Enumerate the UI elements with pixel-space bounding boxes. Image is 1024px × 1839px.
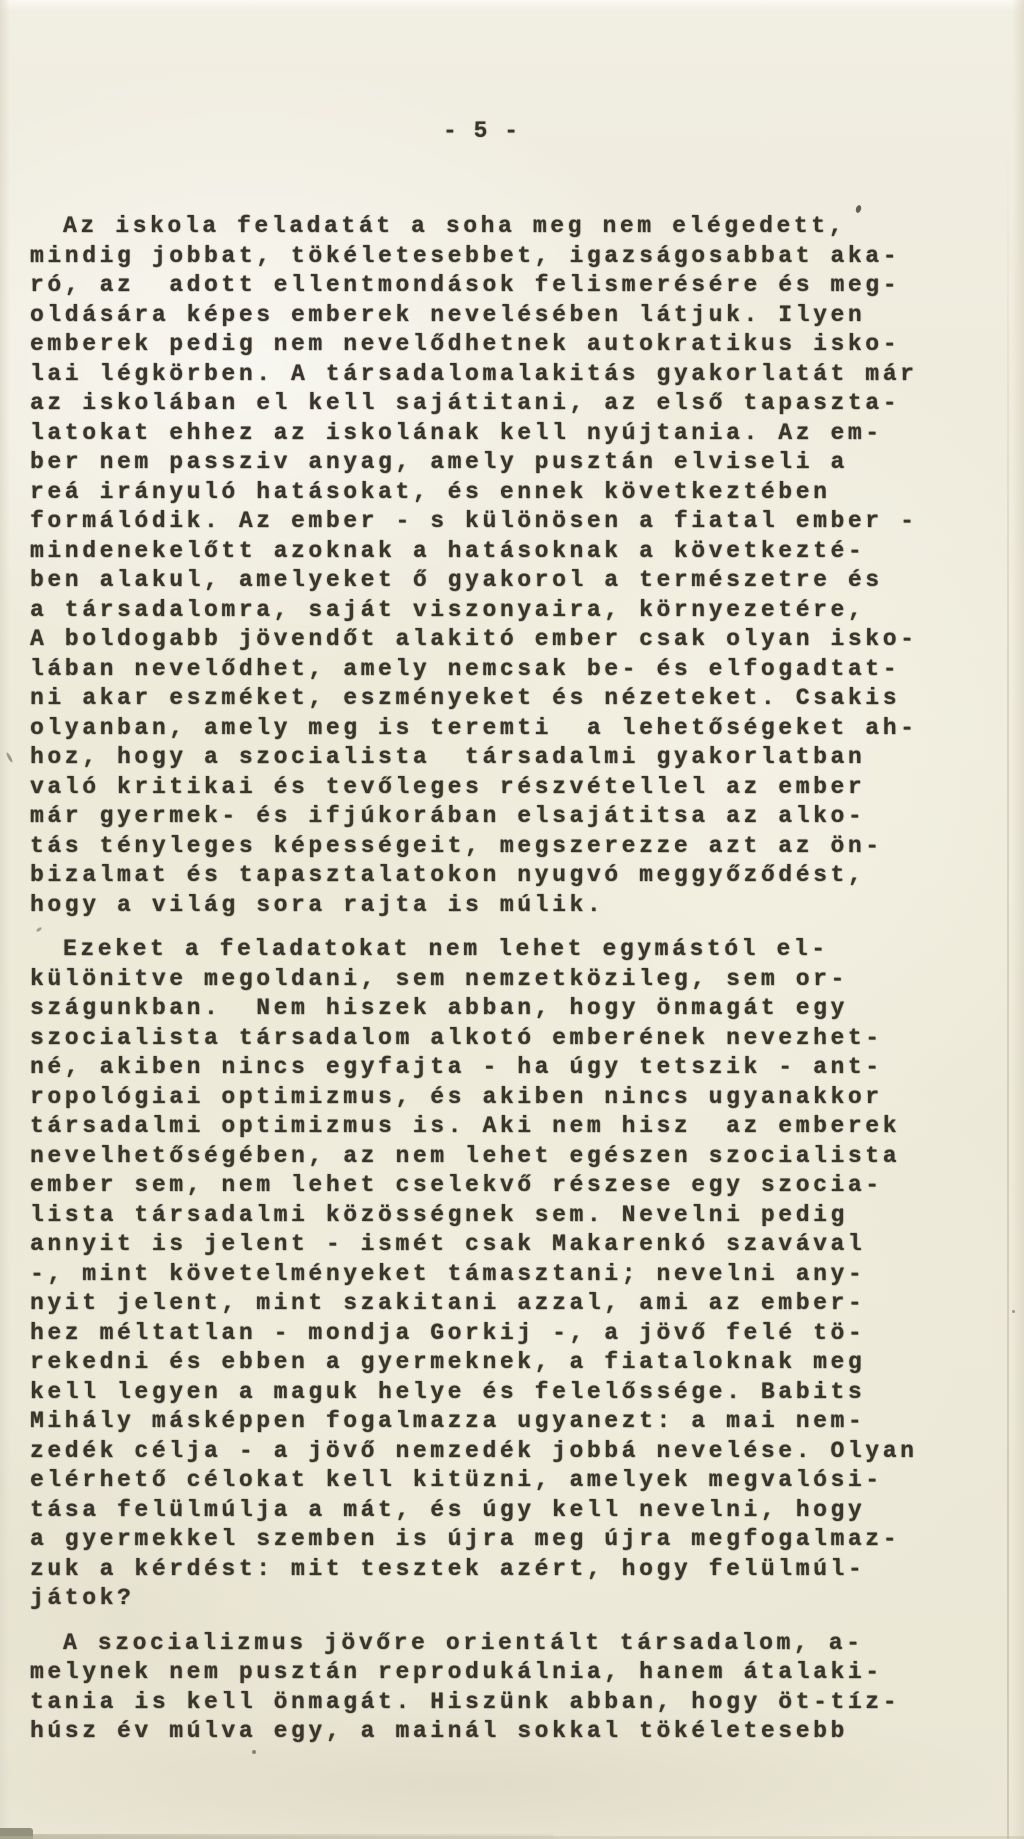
text-line: ben alakul, amelyeket ő gyakorol a termé… [30,566,995,596]
text-line: ember sem, nem lehet cselekvő részese eg… [30,1171,995,1201]
text-line: melynek nem pusztán reprodukálnia, hanem… [30,1658,995,1688]
text-line: rekedni és ebben a gyermeknek, a fiatalo… [30,1348,995,1378]
text-line: hoz, hogy a szocialista társadalmi gyako… [30,743,995,773]
text-line: lista társadalmi közösségnek sem. Neveln… [30,1201,995,1231]
text-line: ró, az adott ellentmondások felismerésér… [30,271,995,301]
text-line: az iskolában el kell sajátitani, az első… [30,389,995,419]
text-line: mindig jobbat, tökéletesebbet, igazságos… [30,242,995,272]
text-line: tania is kell önmagát. Hiszünk abban, ho… [30,1688,995,1718]
text-line: oldására képes emberek nevelésében látju… [30,301,995,331]
text-line: szocialista társadalom alkotó emberének … [30,1024,995,1054]
scan-edge-top [0,0,1024,12]
text-line: bizalmat és tapasztalatokon nyugvó meggy… [30,861,995,891]
scanned-page: - 5 - Az iskola feladatát a soha meg nem… [0,0,1024,1839]
text-line: A boldogabb jövendőt alakitó ember csak … [30,625,995,655]
scan-edge-right [1012,0,1024,1839]
text-line: különitve megoldani, sem nemzetközileg, … [30,965,995,995]
text-line: szágunkban. Nem hiszek abban, hogy önmag… [30,994,995,1024]
text-line: lai légkörben. A társadalomalakitás gyak… [30,360,995,390]
text-line: Ezeket a feladatokat nem lehet egymástól… [30,935,995,965]
text-line: már gyermek- és ifjúkorában elsajátitsa … [30,802,995,832]
text-line: nevelhetőségében, az nem lehet egészen s… [30,1142,995,1172]
scan-edge-left [0,0,10,1839]
text-line: zuk a kérdést: mit tesztek azért, hogy f… [30,1555,995,1585]
paragraph: Ezeket a feladatokat nem lehet egymástól… [30,935,995,1614]
text-line: hez méltatlan - mondja Gorkij -, a jövő … [30,1319,995,1349]
text-line: A szocializmus jövőre orientált társadal… [30,1629,995,1659]
text-line: való kritikai és tevőleges részvétellel … [30,773,995,803]
text-line: ni akar eszméket, eszményeket és nézetek… [30,684,995,714]
text-line: emberek pedig nem nevelődhetnek autokrat… [30,330,995,360]
text-line: tása felülmúlja a mát, és úgy kell nevel… [30,1496,995,1526]
text-line: ropológiai optimizmus, és akiben nincs u… [30,1083,995,1113]
text-line: lában nevelődhet, amely nemcsak be- és e… [30,655,995,685]
text-line: Mihály másképpen fogalmazza ugyanezt: a … [30,1407,995,1437]
text-line: formálódik. Az ember - s különösen a fia… [30,507,995,537]
scan-speck [252,1750,256,1754]
text-line: reá irányuló hatásokat, és ennek követke… [30,478,995,508]
text-line: olyanban, amely meg is teremti a lehetős… [30,714,995,744]
text-line: kell legyen a maguk helye és felelőssége… [30,1378,995,1408]
scan-speck [1012,1310,1015,1313]
text-line: latokat ehhez az iskolának kell nyújtani… [30,419,995,449]
text-line: játok? [30,1584,995,1614]
text-line: a gyermekkel szemben is újra meg újra me… [30,1525,995,1555]
text-line: zedék célja - a jövő nemzedék jobbá neve… [30,1437,995,1467]
page-body: Az iskola feladatát a soha meg nem elége… [30,212,995,1762]
text-line: hogy a világ sora rajta is múlik. [30,891,995,921]
text-line: ber nem passziv anyag, amely pusztán elv… [30,448,995,478]
paragraph: Az iskola feladatát a soha meg nem elége… [30,212,995,920]
text-line: mindenekelőtt azoknak a hatásoknak a köv… [30,537,995,567]
paragraph: A szocializmus jövőre orientált társadal… [30,1629,995,1747]
text-line: né, akiben nincs egyfajta - ha úgy tetsz… [30,1053,995,1083]
text-line: nyit jelent, mint szakitani azzal, ami a… [30,1289,995,1319]
text-line: húsz év múlva egy, a mainál sokkal tökél… [30,1717,995,1747]
text-line: annyit is jelent - ismét csak Makarenkó … [30,1230,995,1260]
text-line: elérhető célokat kell kitüzni, amelyek m… [30,1466,995,1496]
text-line: tás tényleges képességeit, megszerezze a… [30,832,995,862]
page-number: - 5 - [443,118,520,144]
text-line: Az iskola feladatát a soha meg nem elége… [30,212,995,242]
text-line: a társadalomra, saját viszonyaira, körny… [30,596,995,626]
scan-fold-line [1007,120,1009,1839]
text-line: társadalmi optimizmus is. Aki nem hisz a… [30,1112,995,1142]
text-line: -, mint követelményeket támasztani; neve… [30,1260,995,1290]
